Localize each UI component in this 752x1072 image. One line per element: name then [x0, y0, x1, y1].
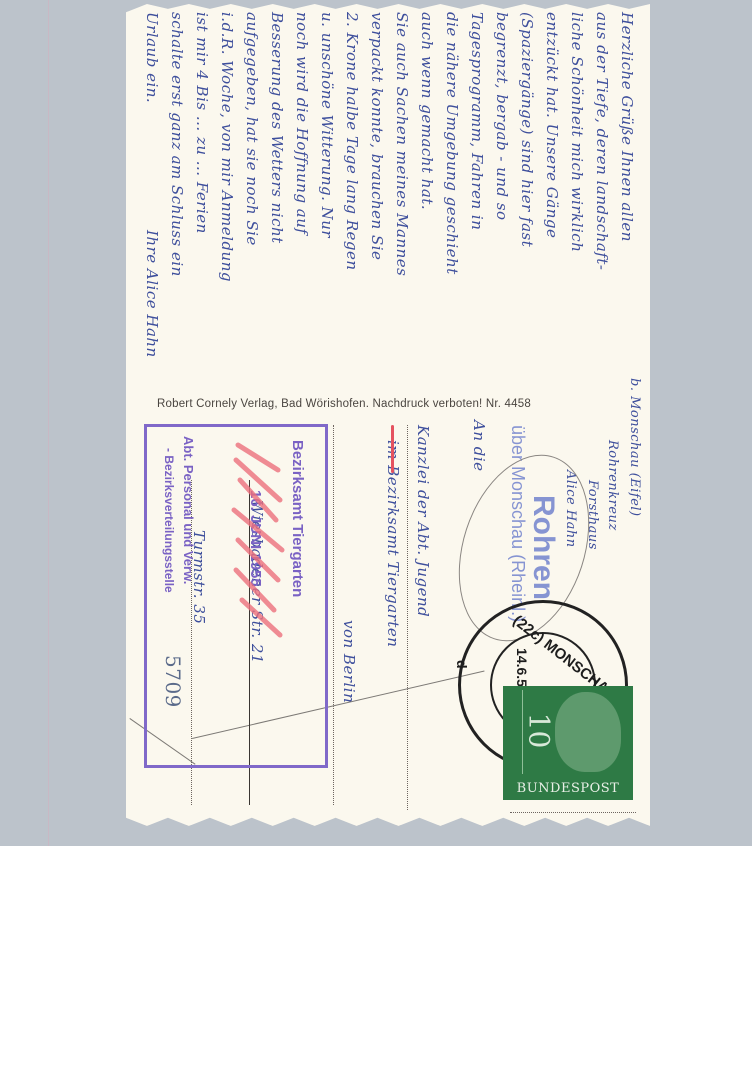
scan-edge-line [48, 0, 49, 846]
message-line: aufgegeben, hat sie noch Sie [243, 12, 261, 246]
violet-stamp-department: Abt. Personal und Verw. [181, 436, 196, 584]
signature: Ihre Alice Hahn [143, 230, 161, 358]
address-line [333, 425, 334, 805]
message-line: begrenzt, bergab - und so [493, 12, 511, 221]
stamp-country: BUNDESPOST [503, 781, 633, 796]
postage-stamp: 10 BUNDESPOST [503, 686, 633, 800]
recipient-line: An die [470, 420, 488, 472]
recipient-line: von Berlin [340, 620, 358, 703]
address-line [407, 425, 408, 810]
stamp-side-text-panel [508, 690, 523, 774]
message-line: auch wenn gemacht hat. [418, 12, 436, 210]
sender-address-line: Rohrenkreuz [605, 440, 620, 531]
message-line: verpackt konnte, brauchen Sie [368, 12, 386, 260]
message-line: u. unschöne Witterung. Nur [318, 12, 336, 238]
stamp-border-dots [510, 812, 636, 813]
message-line: entzückt hat. Unsere Gänge [543, 12, 561, 238]
postmark-letter: d [454, 660, 470, 669]
message-line: liche Schönheit mich wirklich [568, 12, 586, 252]
sender-address-line: b. Monschau (Eifel) [627, 378, 642, 517]
message-line: 2. Krone halbe Tage lang Regen [343, 12, 361, 271]
message-line: ist mir 4 Bis ... zu ... Ferien [193, 12, 211, 234]
stamp-value: 10 [522, 713, 555, 749]
message-line: Tagesprogramm, Fahren in [468, 12, 486, 230]
message-line: schalte erst ganz am Schluss ein [168, 12, 186, 277]
message-line: die nähere Umgebung geschieht [443, 12, 461, 275]
stamp-portrait [555, 692, 621, 772]
message-line: noch wird die Hoffnung auf [293, 12, 311, 234]
violet-stamp-office: Bezirksamt Tiergarten [289, 440, 306, 597]
message-line: aus der Tiefe, deren landschaft- [593, 12, 611, 270]
handwritten-number: 5709 [161, 655, 185, 708]
message-line: (Spaziergänge) sind hier fast [518, 12, 536, 247]
message-line: Herzliche Grüße Ihnen allen [618, 12, 636, 242]
violet-stamp-distribution: - Bezirksverteilungsstelle [162, 448, 176, 593]
message-line: i.d.R. Woche, von mir Anmeldung [218, 12, 236, 282]
red-underline-mark [391, 425, 394, 473]
message-line: Urlaub ein. [143, 12, 161, 103]
red-scribble-mark [228, 440, 288, 640]
message-line: Besserung des Wetters nicht [268, 12, 286, 244]
recipient-line: Kanzlei der Abt. Jugend [414, 425, 432, 617]
message-line: Sie auch Sachen meines Mannes [393, 12, 411, 276]
publisher-imprint: Robert Cornely Verlag, Bad Wörishofen. N… [157, 398, 531, 410]
